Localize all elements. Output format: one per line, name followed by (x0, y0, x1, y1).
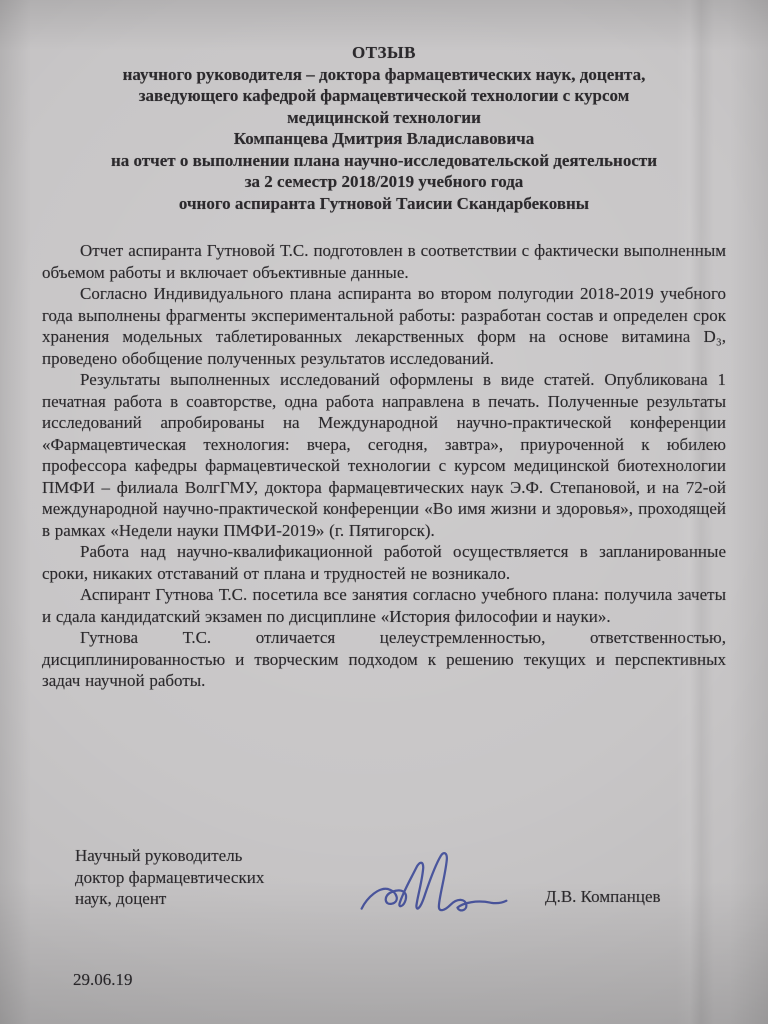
document-content: ОТЗЫВ научного руководителя – доктора фа… (42, 42, 726, 692)
document-date: 29.06.19 (73, 970, 133, 990)
header-line: очного аспиранта Гутновой Таисии Скандар… (42, 193, 726, 215)
paragraph: Результаты выполненных исследований офор… (42, 369, 726, 541)
paragraph: Отчет аспиранта Гутновой Т.С. подготовле… (42, 240, 726, 283)
header-line: заведующего кафедрой фармацевтической те… (42, 85, 726, 107)
paragraph: Согласно Индивидуального плана аспиранта… (42, 283, 726, 369)
page-title: ОТЗЫВ (42, 42, 726, 64)
header-line: за 2 семестр 2018/2019 учебного года (42, 171, 726, 193)
signature-role-line: доктор фармацевтических (75, 867, 264, 889)
signature-role-block: Научный руководитель доктор фармацевтиче… (75, 845, 264, 910)
header-line: медицинской технологии (42, 107, 726, 129)
paragraph: Работа над научно-квалификационной работ… (42, 541, 726, 584)
paragraph: Аспирант Гутнова Т.С. посетила все занят… (42, 584, 726, 627)
title-block: ОТЗЫВ научного руководителя – доктора фа… (42, 42, 726, 214)
body-text: Отчет аспиранта Гутновой Т.С. подготовле… (42, 240, 726, 692)
document-page: ОТЗЫВ научного руководителя – доктора фа… (0, 0, 768, 1024)
signature-role-line: наук, доцент (75, 888, 264, 910)
signer-name: Д.В. Компанцев (545, 887, 661, 907)
signature-icon (350, 846, 518, 934)
paragraph: Гутнова Т.С. отличается целеустремленнос… (42, 627, 726, 692)
header-line: Компанцева Дмитрия Владиславовича (42, 128, 726, 150)
signature-role-line: Научный руководитель (75, 845, 264, 867)
header-line: на отчет о выполнении плана научно-иссле… (42, 150, 726, 172)
header-line: научного руководителя – доктора фармацев… (42, 64, 726, 86)
